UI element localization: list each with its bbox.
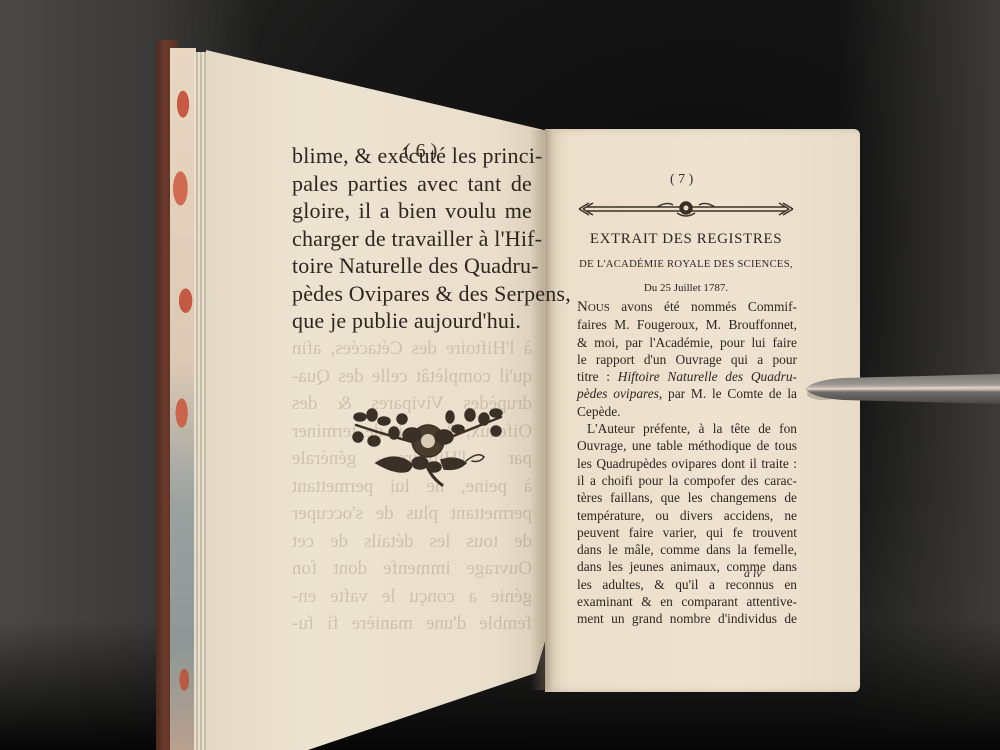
text-line: faires M. Fougeroux, M. Brouffonnet, [577,316,797,333]
text-line: dans le mâle, comme dans la femelle, [577,541,797,558]
right-page-number: ( 7 ) [670,172,693,188]
right-page-body: Nous avons été nommés Commif- faires M. … [577,298,797,628]
text-line: pèdes ovipares, par M. le Comte de la [577,385,797,402]
academy-subheading: DE L'ACADÉMIE ROYALE DES SCIENCES, [573,259,799,270]
text-line: charger de travailler à l'Hif- [292,225,532,253]
text-line: examinant & en comparant attentive- [577,593,797,610]
text-line: les adultes, & qu'il a reconnus en [577,576,797,593]
left-page-body: blime, & exécuté les princi- pales parti… [292,142,532,335]
text-line: ment un grand nombre d'individus de [577,610,797,627]
text-line: Nous avons été nommés Commif- [577,298,797,316]
show-through-line: permettant plus de s'occuper [292,500,532,528]
report-date: Du 25 Juillet 1787. [577,282,795,294]
text-line: gloire, il a bien voulu me [292,197,532,225]
metal-pointer-icon [803,370,1000,408]
show-through-line: qu'il complètât celle des Qua- [292,363,532,391]
text-line: les Quadrupèdes ovipares dont il traite … [577,455,797,472]
show-through-line: Ouvrage immenfe dont fon [292,555,532,583]
decorative-headpiece-icon [577,199,795,219]
text-line: pales parties avec tant de [292,170,532,198]
text-line: le rapport d'un Ouvrage qui a pour [577,351,797,368]
show-through-line: de tous les détails de cet [292,528,532,556]
text-line: blime, & exécuté les princi- [292,142,532,170]
text-line: tères faillans, que les changemens de [577,489,797,506]
show-through-line: à l'Hiftoire des Cétacées, afin [292,335,532,363]
text-line: température, ou divers accidens, ne [577,507,797,524]
floral-fleuron-icon [346,405,511,490]
extract-heading: EXTRAIT DES REGISTRES [577,231,795,248]
text-line: que je publie aujourd'hui. [292,307,532,335]
text-line: pèdes Ovipares & des Serpens, [292,280,532,308]
text-line: & moi, par l'Académie, pour lui faire [577,334,797,351]
text-line: peuvent faire varier, qui fe trouvent [577,524,797,541]
book-gutter [530,130,552,690]
marbled-endpaper [170,48,196,750]
catchword-signature: a iv [744,566,762,581]
text-line: Ouvrage, une table méthodique de tous [577,437,797,454]
text-line: L'Auteur préfente, à la tête de fon [577,420,797,437]
text-line: Cepède. [577,403,797,420]
text-line: il a choifi pour la compofer des carac- [577,472,797,489]
text-line: dans les jeunes animaux, comme dans [577,558,797,575]
show-through-line: génie a conçu le vafte en- [292,583,532,611]
page-edges [194,52,208,750]
show-through-line: femble d'une manière fi fu- [292,610,532,638]
text-line: titre : Hiftoire Naturelle des Quadru- [577,368,797,385]
text-line: toire Naturelle des Quadru- [292,252,532,280]
